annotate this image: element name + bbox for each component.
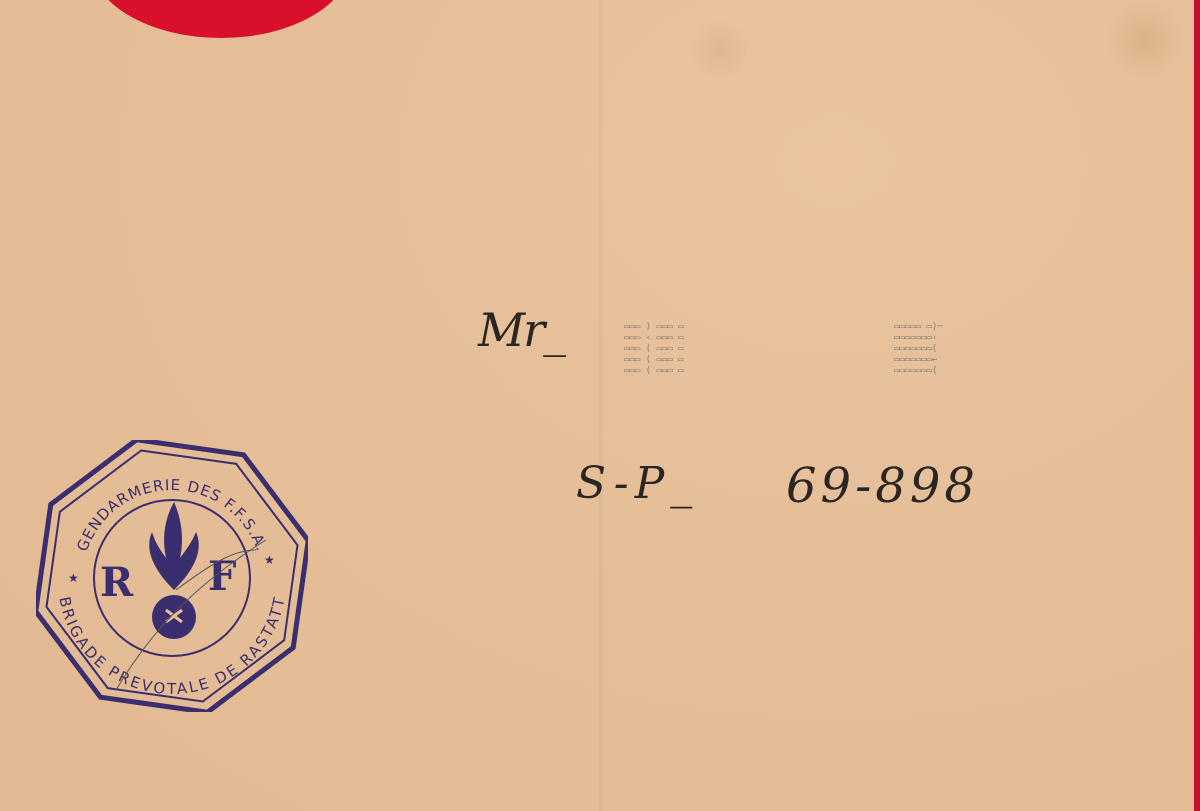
redacted-name-block: ▭▭▭ ⟩ ▭▭▭ ▭ ▭▭▭ ‹ ▭▭▭ ▭ ▭▭▭ ( ▭▭▭ ▭ ▭▭▭ … xyxy=(624,322,684,377)
sector-label: S-P_ xyxy=(576,458,698,509)
redacted-surname-block: ▭▭▭▭▭ ▭⟩─ ▭▭▭▭▭▭▭‹ ▭▭▭▭▭▭▭( ▭▭▭▭▭▭▭← ▭▭▭… xyxy=(894,322,943,377)
envelope: GENDARMERIE DES F.F.S.A. BRIGADE PREVOTA… xyxy=(0,0,1194,811)
star-right-icon: ★ xyxy=(264,553,275,567)
sector-number: 69-898 xyxy=(786,458,979,514)
torn-red-seal xyxy=(90,0,352,38)
flaming-grenade-icon xyxy=(149,502,199,639)
star-left-icon: ★ xyxy=(68,571,79,585)
salutation: Mr_ xyxy=(478,303,564,357)
gendarmerie-stamp: GENDARMERIE DES F.F.S.A. BRIGADE PREVOTA… xyxy=(36,440,308,712)
stamp-letter-r: R xyxy=(100,559,134,606)
stamp-letter-f: F xyxy=(208,553,236,600)
